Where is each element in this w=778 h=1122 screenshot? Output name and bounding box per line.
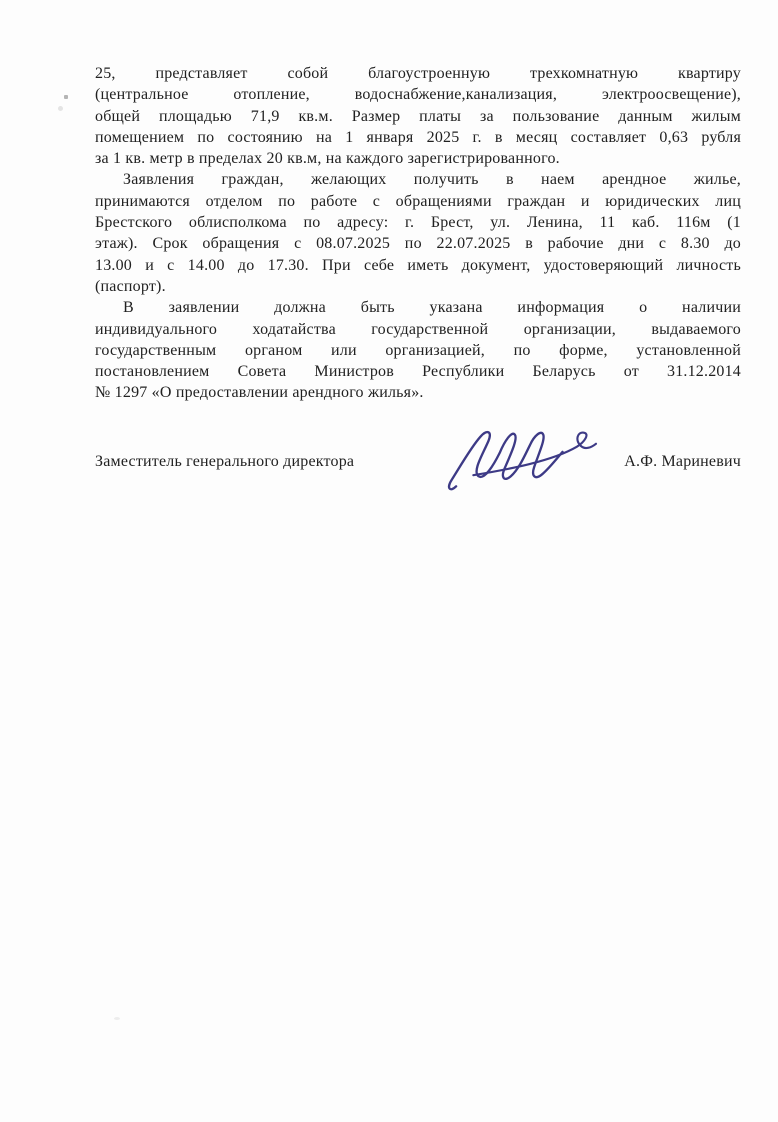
text-line: этаж). Срок обращения с 08.07.2025 по 22…: [95, 233, 741, 254]
text-line: государственным органом или организацией…: [95, 340, 741, 361]
paragraph-statement-requirements: В заявлении должна быть указана информац…: [95, 297, 741, 403]
paragraph-apartment-details: 25, представляет собой благоустроенную т…: [95, 63, 741, 169]
signature-stroke-flourish: [473, 432, 596, 475]
text-line: Брестского облисполкома по адресу: г. Бр…: [95, 212, 741, 233]
text-line: индивидуального ходатайства государствен…: [95, 319, 741, 340]
text-line: (центральное отопление, водоснабжение,ка…: [95, 84, 741, 105]
text-line: В заявлении должна быть указана информац…: [95, 297, 741, 318]
scanned-document: { "colors": { "page_background": "#fdfdf…: [0, 0, 778, 1122]
paragraph-application-info: Заявления граждан, желающих получить в н…: [95, 169, 741, 297]
scan-speckle: [114, 1017, 120, 1020]
text-line: принимаются отделом по работе с обращени…: [95, 191, 741, 212]
text-line: 25, представляет собой благоустроенную т…: [95, 63, 741, 84]
scan-speckle: [64, 95, 68, 99]
scan-speckle: [58, 106, 63, 111]
signature-block: Заместитель генерального директора А.Ф. …: [95, 451, 741, 472]
signatory-title: Заместитель генерального директора: [95, 451, 354, 472]
signature-stroke-loops: [449, 432, 562, 489]
text-line: помещением по состоянию на 1 января 2025…: [95, 127, 741, 148]
text-line: (паспорт).: [95, 276, 741, 297]
letter-body: 25, представляет собой благоустроенную т…: [95, 63, 741, 472]
text-line: Заявления граждан, желающих получить в н…: [95, 169, 741, 190]
text-line: постановлением Совета Министров Республи…: [95, 361, 741, 382]
handwritten-signature-ink: [447, 424, 599, 496]
text-line: общей площадью 71,9 кв.м. Размер платы з…: [95, 106, 741, 127]
page-background: 25, представляет собой благоустроенную т…: [0, 0, 778, 1122]
text-line: за 1 кв. метр в пределах 20 кв.м, на каж…: [95, 148, 741, 169]
text-line: № 1297 «О предоставлении арендного жилья…: [95, 382, 741, 403]
signatory-name: А.Ф. Мариневич: [624, 451, 741, 472]
text-line: 13.00 и с 14.00 до 17.30. При себе иметь…: [95, 255, 741, 276]
